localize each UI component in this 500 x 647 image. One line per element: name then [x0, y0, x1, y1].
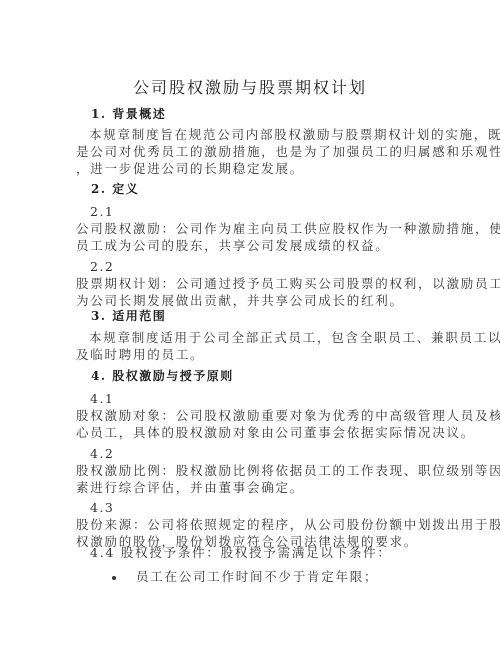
item-text: 股权激励对象：公司股权激励重要对象为优秀的中高级管理人员及核 心员工，具体的股权… — [76, 407, 428, 441]
item-number: 2.1 — [90, 204, 114, 220]
item-line: 股权激励比例：股权激励比例将依据员工的工作表现、职位级别等因 — [76, 462, 428, 479]
item-text: 公司股权激励：公司作为雇主向员工供应股权作为一种激励措施，使 员工成为公司的股东… — [76, 220, 428, 254]
section-heading-principles: 4. 股权激励与授予原则 — [91, 368, 234, 384]
item-line: 股票期权计划：公司通过授予员工购买公司股票的权利，以激励员工 — [76, 275, 428, 292]
section-paragraph-background: 本规章制度旨在规范公司内部股权激励与股票期权计划的实施，既 是公司对优秀员工的激… — [76, 126, 428, 177]
paragraph-line: 是公司对优秀员工的激励措施，也是为了加强员工的归属感和乐观性 — [76, 143, 428, 160]
document-title: 公司股权激励与股票期权计划 — [0, 78, 500, 98]
item-line: 股份来源：公司将依照规定的程序，从公司股份份额中划拨出用于股 — [76, 516, 428, 533]
bullet-list-item: 员工在公司工作时间不少于肯定年限； — [112, 569, 378, 585]
item-text: 股票期权计划：公司通过授予员工购买公司股票的权利，以激励员工 为公司长期发展做出… — [76, 275, 428, 309]
item-line: 公司股权激励：公司作为雇主向员工供应股权作为一种激励措施，使 — [76, 220, 428, 237]
section-heading-definitions: 2. 定义 — [91, 181, 139, 197]
bullet-icon — [112, 576, 116, 580]
section-paragraph-scope: 本规章制度适用于公司全部正式员工，包含全职员工、兼职员工以 及临时聘用的员工。 — [76, 329, 428, 363]
paragraph-line: 及临时聘用的员工。 — [76, 346, 428, 363]
item-text: 股权激励比例：股权激励比例将依据员工的工作表现、职位级别等因 素进行综合评估，并… — [76, 462, 428, 496]
item-number: 4.3 — [90, 500, 114, 516]
section-heading-scope: 3. 适用范围 — [91, 308, 166, 324]
item-line: 股权激励对象：公司股权激励重要对象为优秀的中高级管理人员及核 — [76, 407, 428, 424]
item-number: 2.2 — [90, 259, 114, 275]
paragraph-line: 本规章制度旨在规范公司内部股权激励与股票期权计划的实施，既 — [76, 126, 428, 143]
item-4-4: 4.4 股权授予条件：股权授予需满足以下条件： — [90, 545, 392, 561]
item-line: 心员工，具体的股权激励对象由公司董事会依据实际情况决议。 — [76, 424, 428, 441]
item-number: 4.2 — [90, 446, 114, 462]
bullet-text: 员工在公司工作时间不少于肯定年限； — [136, 569, 378, 584]
item-line: 为公司长期发展做出贡献，并共享公司成长的红利。 — [76, 292, 428, 309]
paragraph-line: ，进一步促进公司的长期稳定发展。 — [76, 160, 428, 177]
item-line: 员工成为公司的股东，共享公司发展成绩的权益。 — [76, 237, 428, 254]
item-line: 素进行综合评估，并由董事会确定。 — [76, 479, 428, 496]
section-heading-background: 1. 背景概述 — [91, 106, 166, 122]
document-page: 公司股权激励与股票期权计划 1. 背景概述 本规章制度旨在规范公司内部股权激励与… — [0, 0, 500, 647]
paragraph-line: 本规章制度适用于公司全部正式员工，包含全职员工、兼职员工以 — [76, 329, 428, 346]
item-number: 4.1 — [90, 391, 114, 407]
